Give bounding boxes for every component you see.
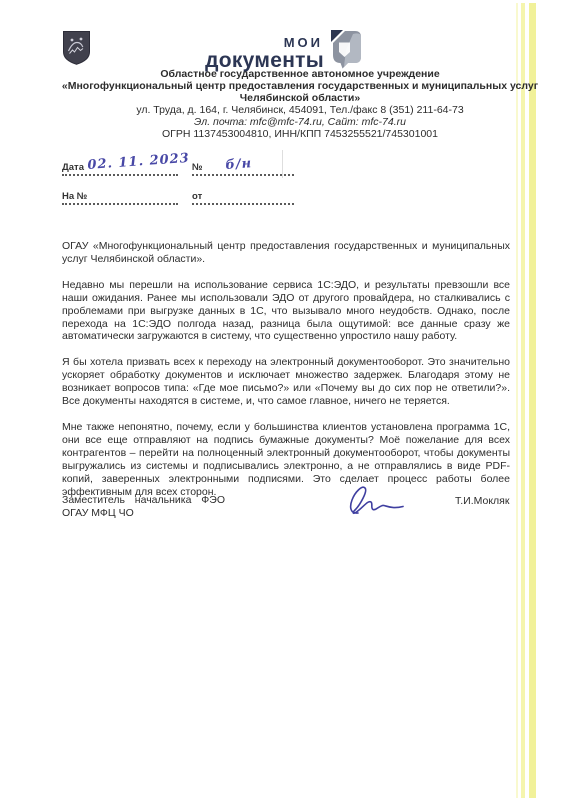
body-paragraph-2: Я бы хотела призвать всех к переходу на … [62, 356, 510, 408]
address-line: ул. Труда, д. 164, г. Челябинск, 454091,… [30, 104, 570, 116]
org-name-line-1: «Многофункциональный центр предоставлени… [30, 80, 570, 92]
body-paragraph-3: Мне также непонятно, почему, если у боль… [62, 421, 510, 498]
date-handwritten-value: 02. 11. 2023 [87, 151, 190, 173]
body-paragraph-1: Недавно мы перешли на использование серв… [62, 279, 510, 344]
handwritten-signature [343, 482, 415, 524]
letterhead-block: Областное государственное автономное учр… [30, 68, 570, 140]
registration-line: ОГРН 1137453004810, ИНН/КПП 7453255521/7… [30, 128, 570, 140]
contacts-line: Эл. почта: mfc@mfc-74.ru, Сайт: mfc-74.r… [30, 116, 570, 128]
in-reply-to-field: На № [62, 184, 178, 205]
from-field: от [192, 184, 294, 205]
letter-body: ОГАУ «Многофункциональный центр предоста… [62, 240, 510, 511]
number-handwritten-value: б/н [225, 156, 253, 173]
scan-artifact-line [282, 150, 283, 178]
number-field: № б/н [192, 155, 294, 176]
scanned-letter-page: МОИ документы Областное государственное … [0, 0, 572, 809]
signer-position: Заместитель начальника ФЭО ОГАУ МФЦ ЧО [62, 494, 225, 520]
number-label: № [192, 162, 203, 173]
logo-word-moi: МОИ [205, 36, 324, 49]
in-reply-to-label: На № [62, 191, 87, 202]
signature-block: Заместитель начальника ФЭО ОГАУ МФЦ ЧО Т… [62, 494, 510, 520]
signer-name: Т.И.Мокляк [455, 495, 509, 508]
org-type-line: Областное государственное автономное учр… [30, 68, 570, 80]
date-label: Дата [62, 162, 84, 173]
signer-position-line-2: ОГАУ МФЦ ЧО [62, 507, 225, 520]
addressee-paragraph: ОГАУ «Многофункциональный центр предоста… [62, 240, 510, 266]
chelyabinsk-region-coat-of-arms-icon [62, 30, 91, 65]
from-label: от [192, 191, 202, 202]
my-documents-logo-text: МОИ документы [205, 36, 324, 71]
signer-position-line-1: Заместитель начальника ФЭО [62, 494, 225, 507]
date-field: Дата 02. 11. 2023 [62, 155, 178, 176]
org-name-line-2: Челябинской области» [30, 92, 570, 104]
